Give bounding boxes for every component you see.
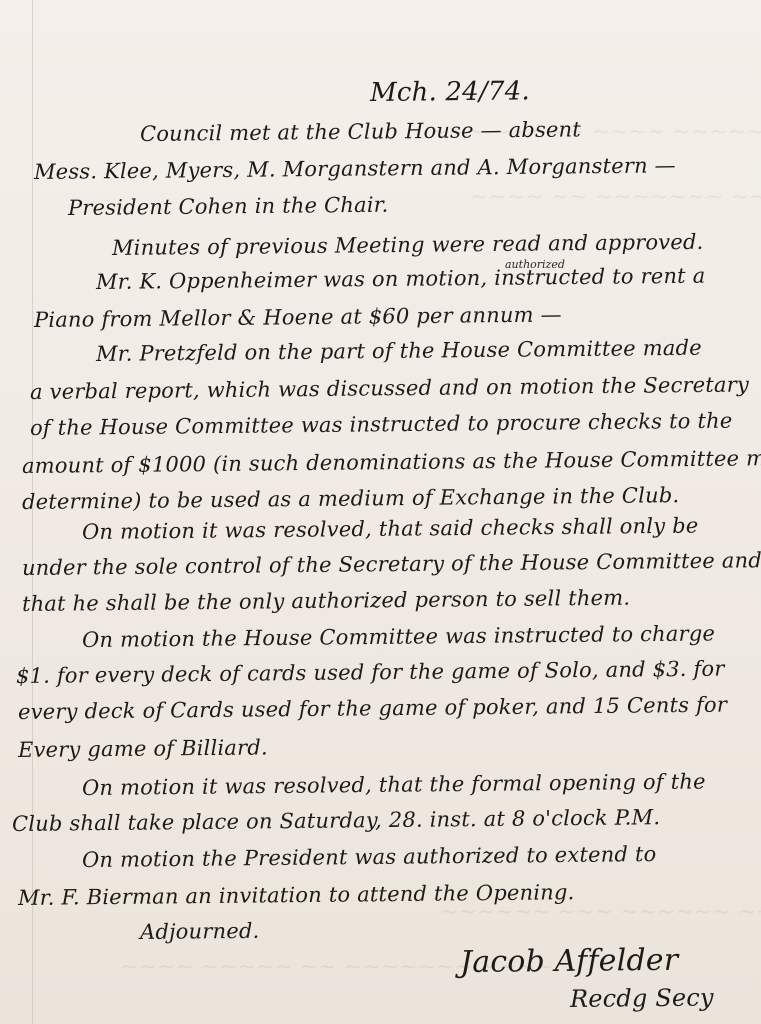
entry-date: Mch. 24/74. <box>370 76 530 108</box>
minutes-line: a verbal report, which was discussed and… <box>30 372 749 404</box>
adjourned-line: Adjourned. <box>140 919 260 944</box>
minutes-line: of the House Committee was instructed to… <box>30 409 733 440</box>
signature-name: Jacob Affelder <box>460 943 679 980</box>
minutes-line: President Cohen in the Chair. <box>68 193 389 220</box>
inserted-word-authorized: authorized <box>505 258 565 271</box>
minutes-line: amount of $1000 (in such denominations a… <box>22 446 761 478</box>
minutes-line: that he shall be the only authorized per… <box>22 586 630 616</box>
minutes-line: under the sole control of the Secretary … <box>22 548 761 580</box>
minutes-line: Piano from Mellor & Hoene at $60 per ann… <box>34 302 562 332</box>
minutes-line: Every game of Billiard. <box>18 735 268 762</box>
bleed-through-text: ~~~~ ~~ ~~~~~~~ ~~~ <box>470 185 761 210</box>
document-page: ~~~ ~~~~~ ~~~~ ~~~~~ ~~~~ ~~ ~~~~~~~ ~~~… <box>0 0 761 1024</box>
signature-title: Recdg Secy <box>570 983 714 1013</box>
minutes-line: Council met at the Club House — absent <box>140 117 581 146</box>
minutes-line: On motion the House Committee was instru… <box>82 621 715 652</box>
minutes-line: Mr. K. Oppenheimer was on motion, instru… <box>96 264 706 294</box>
minutes-line: determine) to be used as a medium of Exc… <box>22 483 680 514</box>
minutes-line: every deck of Cards used for the game of… <box>18 693 727 724</box>
minutes-line: Mr. Pretzfeld on the part of the House C… <box>96 336 702 366</box>
minutes-line: Minutes of previous Meeting were read an… <box>112 230 704 260</box>
minutes-line: Club shall take place on Saturday, 28. i… <box>12 805 660 836</box>
minutes-line: Mess. Klee, Myers, M. Morganstern and A.… <box>34 153 676 184</box>
minutes-line: On motion the President was authorized t… <box>82 842 657 872</box>
minutes-line: On motion it was resolved, that the form… <box>82 769 706 800</box>
minutes-line: $1. for every deck of cards used for the… <box>16 657 725 688</box>
minutes-line: On motion it was resolved, that said che… <box>82 514 699 544</box>
